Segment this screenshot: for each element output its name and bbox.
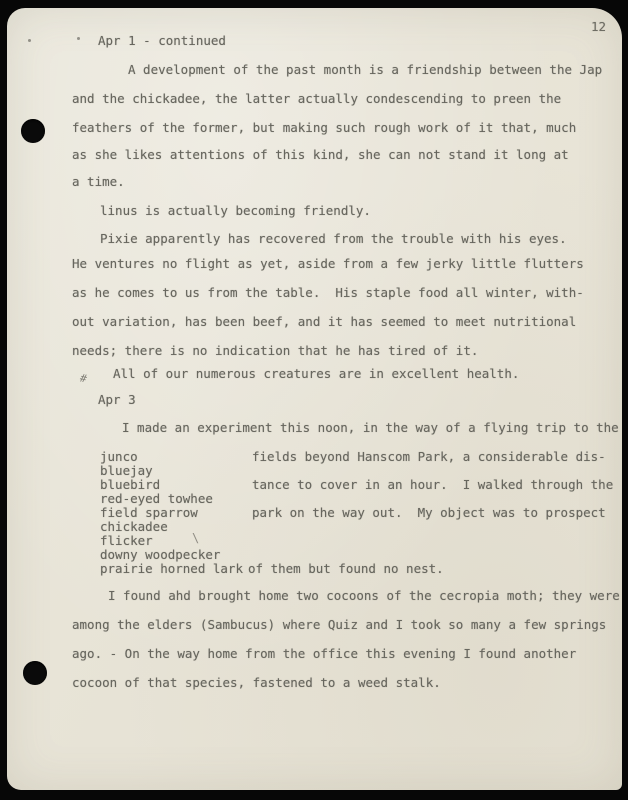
journal-line: All of our numerous creatures are in exc…: [113, 366, 519, 381]
bird-list-item: junco: [100, 449, 138, 464]
journal-line: cocoon of that species, fastened to a we…: [72, 675, 441, 690]
journal-line: He ventures no flight as yet, aside from…: [72, 256, 584, 271]
bird-list-item: flicker: [100, 533, 153, 548]
journal-line: I made an experiment this noon, in the w…: [122, 420, 619, 435]
journal-line: as he comes to us from the table. His st…: [72, 285, 584, 300]
journal-line: needs; there is no indication that he ha…: [72, 343, 478, 358]
ink-speck: [28, 39, 31, 42]
journal-line: and the chickadee, the latter actually c…: [72, 91, 561, 106]
bird-list-item: red-eyed towhee: [100, 491, 213, 506]
journal-line: as she likes attentions of this kind, sh…: [72, 147, 569, 162]
page-number: 12: [591, 20, 606, 34]
entry-heading-apr1: Apr 1 - continued: [98, 33, 226, 48]
journal-line: Pixie apparently has recovered from the …: [100, 231, 567, 246]
bird-list-item: bluejay: [100, 463, 153, 478]
journal-line: I found ahd brought home two cocoons of …: [108, 588, 620, 603]
journal-line: tance to cover in an hour. I walked thro…: [252, 477, 613, 492]
journal-line: a time.: [72, 174, 125, 189]
ink-speck: [77, 37, 80, 40]
stray-pen-mark: #: [79, 372, 88, 384]
bird-list-item: bluebird: [100, 477, 160, 492]
stray-slash-mark: \: [192, 532, 199, 544]
bird-list-item: prairie horned lark: [100, 561, 243, 576]
entry-heading-apr3: Apr 3: [98, 392, 136, 407]
bird-list-item: chickadee: [100, 519, 168, 534]
journal-line: park on the way out. My object was to pr…: [252, 505, 606, 520]
journal-line: feathers of the former, but making such …: [72, 120, 576, 135]
journal-line: fields beyond Hanscom Park, a considerab…: [252, 449, 606, 464]
hole-punch-bottom: [23, 661, 47, 685]
hole-punch-top: [21, 119, 45, 143]
bird-list-item: field sparrow: [100, 505, 198, 520]
journal-line: of them but found no nest.: [248, 561, 444, 576]
journal-line: linus is actually becoming friendly.: [100, 203, 371, 218]
journal-line: ago. - On the way home from the office t…: [72, 646, 576, 661]
journal-line: out variation, has been beef, and it has…: [72, 314, 576, 329]
scanned-journal-page: 12 Apr 1 - continued A development of th…: [0, 0, 628, 800]
journal-line: among the elders (Sambucus) where Quiz a…: [72, 617, 606, 632]
bird-list-item: downy woodpecker: [100, 547, 220, 562]
journal-line: A development of the past month is a fri…: [128, 62, 602, 77]
paper-sheet: 12 Apr 1 - continued A development of th…: [7, 8, 622, 790]
